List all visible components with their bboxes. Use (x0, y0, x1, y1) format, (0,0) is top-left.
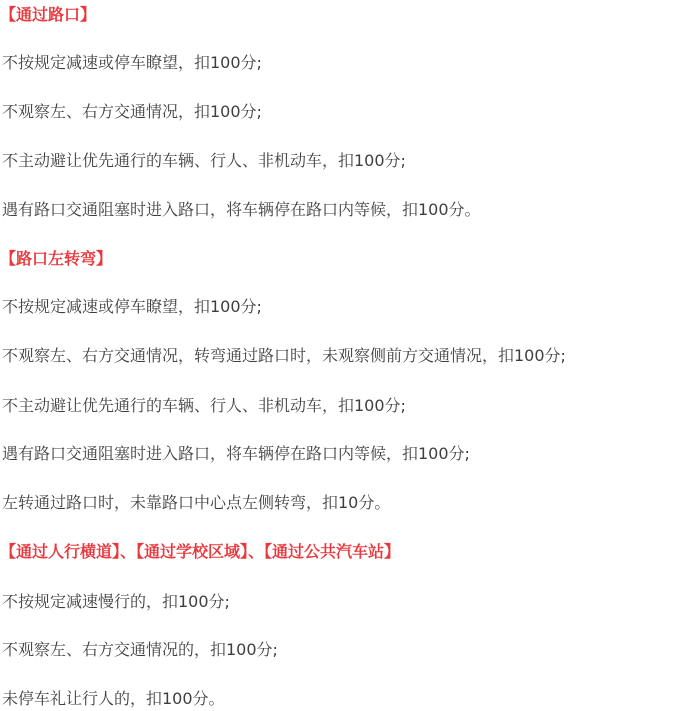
section-heading-crosswalk-school-bus-stop: 【通过人行横道】、【通过学校区域】、【通过公共汽车站】 (0, 542, 400, 562)
rule-item: 不主动避让优先通行的车辆、行人、非机动车，扣100分; (2, 151, 406, 171)
rule-item: 不按规定减速慢行的，扣100分; (2, 592, 230, 612)
rule-item: 未停车礼让行人的，扣100分。 (2, 689, 225, 709)
rule-item: 不按规定减速或停车瞭望，扣100分; (2, 53, 262, 73)
section-heading-passing-intersection: 【通过路口】 (0, 5, 96, 25)
rule-item: 遇有路口交通阻塞时进入路口，将车辆停在路口内等候，扣100分; (2, 444, 470, 464)
rule-item: 不按规定减速或停车瞭望，扣100分; (2, 297, 262, 317)
rule-item: 不观察左、右方交通情况，转弯通过路口时，未观察侧前方交通情况，扣100分; (2, 346, 566, 366)
rule-item: 不主动避让优先通行的车辆、行人、非机动车，扣100分; (2, 396, 406, 416)
rule-item: 遇有路口交通阻塞时进入路口，将车辆停在路口内等候，扣100分。 (2, 200, 481, 220)
section-heading-left-turn: 【路口左转弯】 (0, 249, 112, 269)
rule-item: 左转通过路口时，未靠路口中心点左侧转弯，扣10分。 (2, 493, 390, 513)
rule-item: 不观察左、右方交通情况的，扣100分; (2, 640, 278, 660)
rule-item: 不观察左、右方交通情况，扣100分; (2, 102, 262, 122)
